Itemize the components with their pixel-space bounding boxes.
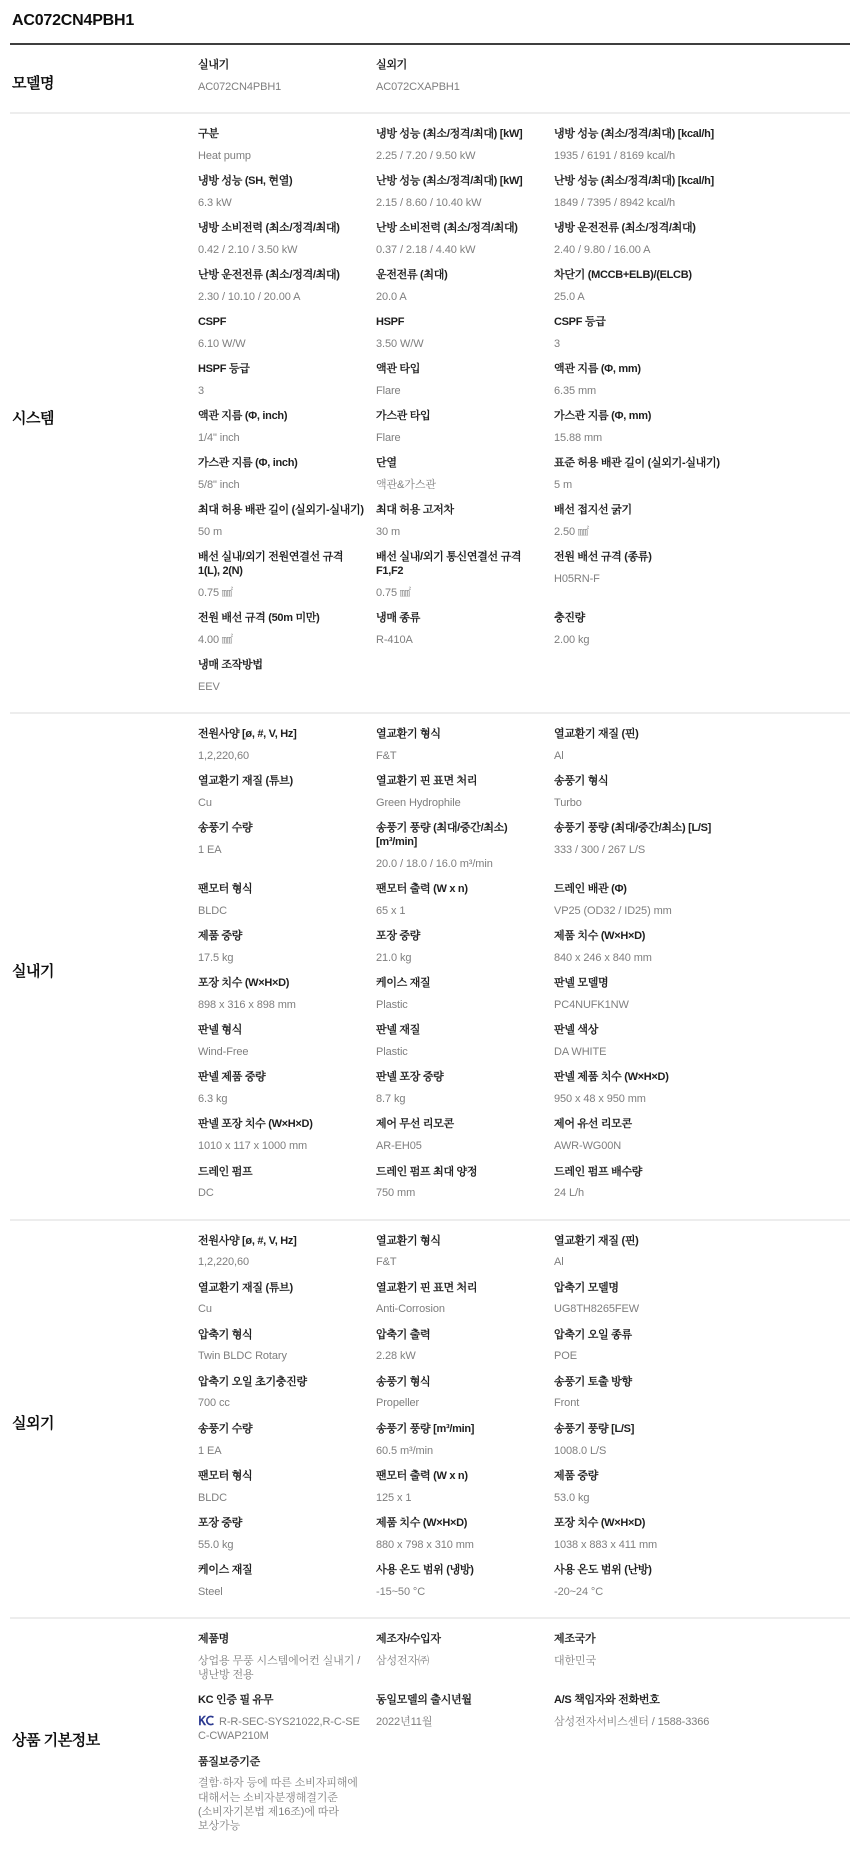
spec-cell: 표준 허용 배관 길이 (실외기-실내기)5 m xyxy=(554,457,732,504)
spec-cell: 케이스 재질Plastic xyxy=(376,977,554,1024)
spec-cell: 열교환기 재질 (핀)Al xyxy=(554,728,732,775)
spec-label: 판넬 형식 xyxy=(198,1024,366,1038)
spec-cell: 단열액관&가스관 xyxy=(376,457,554,504)
spec-label: 열교환기 재질 (튜브) xyxy=(198,1282,366,1296)
spec-cell: 열교환기 형식F&T xyxy=(376,728,554,775)
spec-label: 난방 성능 (최소/정격/최대) [kW] xyxy=(376,175,544,189)
spec-cell: 제어 무선 리모콘AR-EH05 xyxy=(376,1118,554,1165)
spec-label: 판넬 포장 중량 xyxy=(376,1071,544,1085)
spec-label: CSPF 등급 xyxy=(554,316,722,330)
spec-cell: 열교환기 재질 (튜브)Cu xyxy=(198,775,376,822)
spec-label: 전원 배선 규격 (50m 미만) xyxy=(198,612,366,626)
section-grid: 전원사양 [ø, #, V, Hz]1,2,220,60열교환기 형식F&T열교… xyxy=(198,728,850,1212)
spec-value: 20.0 A xyxy=(376,290,544,304)
spec-value: EEV xyxy=(198,680,366,694)
spec-cell: 냉방 성능 (최소/정격/최대) [kW]2.25 / 7.20 / 9.50 … xyxy=(376,128,554,175)
spec-cell: 가스관 타입Flare xyxy=(376,410,554,457)
section-basic-info: 상품 기본정보제품명상업용 무풍 시스템에어컨 실내기 / 냉난방 전용제조자/… xyxy=(10,1619,850,1852)
spec-cell: 송풍기 풍량 (최대/중간/최소) [L/S]333 / 300 / 267 L… xyxy=(554,822,732,883)
spec-cell: 차단기 (MCCB+ELB)/(ELCB)25.0 A xyxy=(554,269,732,316)
spec-label: 운전전류 (최대) xyxy=(376,269,544,283)
spec-cell: 제품명상업용 무풍 시스템에어컨 실내기 / 냉난방 전용 xyxy=(198,1633,376,1694)
spec-cell: 냉매 조작방법EEV xyxy=(198,659,376,706)
spec-label: 제품 중량 xyxy=(554,1470,722,1484)
spec-value: 950 x 48 x 950 mm xyxy=(554,1092,722,1106)
spec-label: 송풍기 풍량 (최대/중간/최소) [L/S] xyxy=(554,822,722,836)
spec-label: 송풍기 풍량 (최대/중간/최소) [m³/min] xyxy=(376,822,544,850)
spec-label: KC 인증 필 유무 xyxy=(198,1694,366,1708)
spec-label: 판넬 재질 xyxy=(376,1024,544,1038)
spec-value: Cu xyxy=(198,1302,366,1316)
spec-cell: 운전전류 (최대)20.0 A xyxy=(376,269,554,316)
spec-value: 1935 / 6191 / 8169 kcal/h xyxy=(554,149,722,163)
spec-cell: 송풍기 형식Propeller xyxy=(376,1376,554,1423)
spec-value: 2.15 / 8.60 / 10.40 kW xyxy=(376,196,544,210)
spec-value: DA WHITE xyxy=(554,1045,722,1059)
spec-value: Plastic xyxy=(376,1045,544,1059)
spec-value: 0.75 ㎟ xyxy=(376,586,544,600)
spec-cell: 송풍기 수량1 EA xyxy=(198,822,376,883)
spec-label: 제어 유선 리모콘 xyxy=(554,1118,722,1132)
spec-label: 포장 치수 (W×H×D) xyxy=(198,977,366,991)
spec-label: 냉방 성능 (최소/정격/최대) [kW] xyxy=(376,128,544,142)
spec-value: AC072CN4PBH1 xyxy=(198,80,366,94)
page-title: AC072CN4PBH1 xyxy=(10,0,850,45)
spec-value: 840 x 246 x 840 mm xyxy=(554,951,722,965)
spec-cell: 압축기 모델명UG8TH8265FEW xyxy=(554,1282,732,1329)
spec-cell: 품질보증기준결함·하자 등에 따른 소비자피해에 대해서는 소비자분쟁해결기준(… xyxy=(198,1756,376,1846)
spec-label: 팬모터 출력 (W x n) xyxy=(376,1470,544,1484)
spec-label: 제품 치수 (W×H×D) xyxy=(554,930,722,944)
spec-label: 압축기 오일 종류 xyxy=(554,1329,722,1343)
spec-cell: 사용 온도 범위 (냉방)-15~50 °C xyxy=(376,1564,554,1611)
spec-cell: 판넬 포장 중량8.7 kg xyxy=(376,1071,554,1118)
spec-cell: 동일모델의 출시년월2022년11월 xyxy=(376,1694,554,1755)
spec-cell: A/S 책임자와 전화번호삼성전자서비스센터 / 1588-3366 xyxy=(554,1694,732,1755)
spec-cell: 액관 지름 (Φ, mm)6.35 mm xyxy=(554,363,732,410)
spec-label: 열교환기 재질 (핀) xyxy=(554,728,722,742)
spec-cell: KC 인증 필 유무R-R-SEC-SYS21022,R-C-SEC-CWAP2… xyxy=(198,1694,376,1755)
spec-cell-empty xyxy=(554,59,732,106)
spec-label: 송풍기 형식 xyxy=(554,775,722,789)
spec-value: 3 xyxy=(198,384,366,398)
spec-label: 표준 허용 배관 길이 (실외기-실내기) xyxy=(554,457,722,471)
spec-label: 압축기 형식 xyxy=(198,1329,366,1343)
spec-value: R-410A xyxy=(376,633,544,647)
spec-cell: 제품 치수 (W×H×D)840 x 246 x 840 mm xyxy=(554,930,732,977)
spec-value: AR-EH05 xyxy=(376,1139,544,1153)
spec-label: 제조자/수입자 xyxy=(376,1633,544,1647)
spec-value: 24 L/h xyxy=(554,1186,722,1200)
spec-value: 125 x 1 xyxy=(376,1491,544,1505)
spec-cell: 송풍기 토출 방향Front xyxy=(554,1376,732,1423)
spec-cell: 실내기AC072CN4PBH1 xyxy=(198,59,376,106)
spec-value: Al xyxy=(554,749,722,763)
spec-value: F&T xyxy=(376,1255,544,1269)
spec-value: VP25 (OD32 / ID25) mm xyxy=(554,904,722,918)
spec-value: 3.50 W/W xyxy=(376,337,544,351)
spec-value: UG8TH8265FEW xyxy=(554,1302,722,1316)
spec-value: 17.5 kg xyxy=(198,951,366,965)
spec-value: Al xyxy=(554,1255,722,1269)
spec-cell: 압축기 오일 초기충진량700 cc xyxy=(198,1376,376,1423)
spec-cell: 배선 실내/외기 전원연결선 규격 1(L), 2(N)0.75 ㎟ xyxy=(198,551,376,612)
spec-value: 0.75 ㎟ xyxy=(198,586,366,600)
spec-label: 냉매 종류 xyxy=(376,612,544,626)
spec-cell: 송풍기 형식Turbo xyxy=(554,775,732,822)
spec-label: 최대 허용 배관 길이 (실외기-실내기) xyxy=(198,504,366,518)
spec-label: 드레인 펌프 배수량 xyxy=(554,1166,722,1180)
spec-value: AWR-WG00N xyxy=(554,1139,722,1153)
spec-cell: 압축기 출력2.28 kW xyxy=(376,1329,554,1376)
spec-label: 냉방 운전전류 (최소/정격/최대) xyxy=(554,222,722,236)
spec-cell-empty xyxy=(376,659,554,706)
spec-cell-empty xyxy=(376,1756,554,1846)
spec-label: 전원사양 [ø, #, V, Hz] xyxy=(198,728,366,742)
spec-label: 케이스 재질 xyxy=(376,977,544,991)
spec-cell: 제품 치수 (W×H×D)880 x 798 x 310 mm xyxy=(376,1517,554,1564)
spec-cell: 난방 성능 (최소/정격/최대) [kW]2.15 / 8.60 / 10.40… xyxy=(376,175,554,222)
spec-cell: 전원 배선 규격 (종류)H05RN-F xyxy=(554,551,732,612)
spec-cell: 배선 접지선 굵기2.50 ㎟ xyxy=(554,504,732,551)
spec-value: 4.00 ㎟ xyxy=(198,633,366,647)
spec-value: 15.88 mm xyxy=(554,431,722,445)
spec-label: 송풍기 토출 방향 xyxy=(554,1376,722,1390)
spec-cell: 제조국가대한민국 xyxy=(554,1633,732,1694)
spec-label: 배선 접지선 굵기 xyxy=(554,504,722,518)
section-label-model: 모델명 xyxy=(10,72,198,93)
spec-label: 단열 xyxy=(376,457,544,471)
spec-value: BLDC xyxy=(198,904,366,918)
spec-label: 구분 xyxy=(198,128,366,142)
spec-value: 액관&가스관 xyxy=(376,478,544,492)
spec-label: 포장 중량 xyxy=(198,1517,366,1531)
spec-cell: 포장 중량21.0 kg xyxy=(376,930,554,977)
spec-cell: 실외기AC072CXAPBH1 xyxy=(376,59,554,106)
spec-value: Flare xyxy=(376,384,544,398)
spec-cell: 난방 소비전력 (최소/정격/최대)0.37 / 2.18 / 4.40 kW xyxy=(376,222,554,269)
spec-label: 가스관 지름 (Φ, inch) xyxy=(198,457,366,471)
spec-label: 드레인 펌프 최대 양정 xyxy=(376,1166,544,1180)
spec-label: 차단기 (MCCB+ELB)/(ELCB) xyxy=(554,269,722,283)
spec-value: Anti-Corrosion xyxy=(376,1302,544,1316)
spec-label: CSPF xyxy=(198,316,366,330)
spec-value: 1,2,220,60 xyxy=(198,749,366,763)
spec-cell: 제품 중량53.0 kg xyxy=(554,1470,732,1517)
spec-label: 열교환기 재질 (핀) xyxy=(554,1235,722,1249)
spec-label: 압축기 오일 초기충진량 xyxy=(198,1376,366,1390)
spec-value: 1849 / 7395 / 8942 kcal/h xyxy=(554,196,722,210)
spec-label: 액관 지름 (Φ, mm) xyxy=(554,363,722,377)
spec-label: 가스관 지름 (Φ, mm) xyxy=(554,410,722,424)
spec-label: 압축기 출력 xyxy=(376,1329,544,1343)
spec-label: 송풍기 풍량 [L/S] xyxy=(554,1423,722,1437)
spec-label: 사용 온도 범위 (난방) xyxy=(554,1564,722,1578)
spec-cell: 열교환기 핀 표면 처리Green Hydrophile xyxy=(376,775,554,822)
spec-label: 포장 중량 xyxy=(376,930,544,944)
spec-value: 삼성전자㈜ xyxy=(376,1654,544,1668)
section-label-system: 시스템 xyxy=(10,407,198,428)
spec-value: 898 x 316 x 898 mm xyxy=(198,998,366,1012)
spec-label: 팬모터 형식 xyxy=(198,1470,366,1484)
spec-value: Wind-Free xyxy=(198,1045,366,1059)
section-label-indoor: 실내기 xyxy=(10,960,198,981)
spec-label: 송풍기 형식 xyxy=(376,1376,544,1390)
spec-label: 배선 실내/외기 통신연결선 규격 F1,F2 xyxy=(376,551,544,579)
spec-cell: 팬모터 형식BLDC xyxy=(198,1470,376,1517)
spec-cell: 전원 배선 규격 (50m 미만)4.00 ㎟ xyxy=(198,612,376,659)
spec-value: 1,2,220,60 xyxy=(198,1255,366,1269)
spec-label: A/S 책임자와 전화번호 xyxy=(554,1694,722,1708)
spec-value: 65 x 1 xyxy=(376,904,544,918)
spec-label: HSPF xyxy=(376,316,544,330)
spec-value: Propeller xyxy=(376,1396,544,1410)
spec-label: 판넬 포장 치수 (W×H×D) xyxy=(198,1118,366,1132)
spec-value: DC xyxy=(198,1186,366,1200)
spec-cell: 냉방 소비전력 (최소/정격/최대)0.42 / 2.10 / 3.50 kW xyxy=(198,222,376,269)
spec-cell: 송풍기 풍량 (최대/중간/최소) [m³/min]20.0 / 18.0 / … xyxy=(376,822,554,883)
spec-label: 제품 중량 xyxy=(198,930,366,944)
spec-cell: 송풍기 풍량 [L/S]1008.0 L/S xyxy=(554,1423,732,1470)
spec-value: 700 cc xyxy=(198,1396,366,1410)
spec-label: 제조국가 xyxy=(554,1633,722,1647)
spec-cell: 판넬 색상DA WHITE xyxy=(554,1024,732,1071)
spec-value: 결함·하자 등에 따른 소비자피해에 대해서는 소비자분쟁해결기준(소비자기본법… xyxy=(198,1776,366,1833)
section-indoor: 실내기전원사양 [ø, #, V, Hz]1,2,220,60열교환기 형식F&… xyxy=(10,714,850,1220)
spec-label: 사용 온도 범위 (냉방) xyxy=(376,1564,544,1578)
spec-value: 1010 x 117 x 1000 mm xyxy=(198,1139,366,1153)
spec-cell: 판넬 포장 치수 (W×H×D)1010 x 117 x 1000 mm xyxy=(198,1118,376,1165)
spec-cell: 판넬 제품 중량6.3 kg xyxy=(198,1071,376,1118)
section-grid: 전원사양 [ø, #, V, Hz]1,2,220,60열교환기 형식F&T열교… xyxy=(198,1235,850,1611)
spec-value: Green Hydrophile xyxy=(376,796,544,810)
spec-label: 난방 운전전류 (최소/정격/최대) xyxy=(198,269,366,283)
spec-label: 가스관 타입 xyxy=(376,410,544,424)
spec-value: Front xyxy=(554,1396,722,1410)
spec-value: 60.5 m³/min xyxy=(376,1444,544,1458)
spec-value: 대한민국 xyxy=(554,1654,722,1668)
spec-value: 0.42 / 2.10 / 3.50 kW xyxy=(198,243,366,257)
spec-value: 1/4" inch xyxy=(198,431,366,445)
spec-value: Steel xyxy=(198,1585,366,1599)
spec-value: 8.7 kg xyxy=(376,1092,544,1106)
spec-label: 열교환기 핀 표면 처리 xyxy=(376,1282,544,1296)
spec-label: 냉방 성능 (SH, 현열) xyxy=(198,175,366,189)
spec-value: Turbo xyxy=(554,796,722,810)
spec-cell: 액관 타입Flare xyxy=(376,363,554,410)
spec-label: 팬모터 형식 xyxy=(198,883,366,897)
spec-value: F&T xyxy=(376,749,544,763)
spec-value: BLDC xyxy=(198,1491,366,1505)
spec-value: -20~24 °C xyxy=(554,1585,722,1599)
section-system: 시스템구분Heat pump냉방 성능 (최소/정격/최대) [kW]2.25 … xyxy=(10,114,850,714)
spec-cell: 포장 치수 (W×H×D)1038 x 883 x 411 mm xyxy=(554,1517,732,1564)
spec-value: Twin BLDC Rotary xyxy=(198,1349,366,1363)
spec-label: 판넬 제품 중량 xyxy=(198,1071,366,1085)
spec-label: 드레인 펌프 xyxy=(198,1166,366,1180)
spec-cell: 판넬 재질Plastic xyxy=(376,1024,554,1071)
spec-cell: 드레인 배관 (Φ)VP25 (OD32 / ID25) mm xyxy=(554,883,732,930)
spec-value: 2022년11월 xyxy=(376,1715,544,1729)
spec-label: 열교환기 핀 표면 처리 xyxy=(376,775,544,789)
spec-value: PC4NUFK1NW xyxy=(554,998,722,1012)
spec-value: 1038 x 883 x 411 mm xyxy=(554,1538,722,1552)
kc-certification-icon xyxy=(198,1715,214,1726)
section-grid: 실내기AC072CN4PBH1실외기AC072CXAPBH1 xyxy=(198,59,850,106)
spec-cell: 제품 중량17.5 kg xyxy=(198,930,376,977)
spec-value: 55.0 kg xyxy=(198,1538,366,1552)
spec-cell: 전원사양 [ø, #, V, Hz]1,2,220,60 xyxy=(198,1235,376,1282)
spec-label: 충진량 xyxy=(554,612,722,626)
spec-label: 제품명 xyxy=(198,1633,366,1647)
spec-value: 3 xyxy=(554,337,722,351)
spec-label: 배선 실내/외기 전원연결선 규격 1(L), 2(N) xyxy=(198,551,366,579)
spec-cell: 열교환기 재질 (핀)Al xyxy=(554,1235,732,1282)
spec-cell: 사용 온도 범위 (난방)-20~24 °C xyxy=(554,1564,732,1611)
spec-label: 송풍기 수량 xyxy=(198,1423,366,1437)
section-grid: 제품명상업용 무풍 시스템에어컨 실내기 / 냉난방 전용제조자/수입자삼성전자… xyxy=(198,1633,850,1846)
spec-cell: 액관 지름 (Φ, inch)1/4" inch xyxy=(198,410,376,457)
spec-table: 모델명실내기AC072CN4PBH1실외기AC072CXAPBH1시스템구분He… xyxy=(10,45,850,1852)
spec-label: 액관 타입 xyxy=(376,363,544,377)
spec-value: 0.37 / 2.18 / 4.40 kW xyxy=(376,243,544,257)
spec-cell: 최대 허용 고저차30 m xyxy=(376,504,554,551)
spec-cell: HSPF3.50 W/W xyxy=(376,316,554,363)
spec-value: 2.30 / 10.10 / 20.00 A xyxy=(198,290,366,304)
section-label-basic-info: 상품 기본정보 xyxy=(10,1729,198,1750)
spec-cell: 열교환기 핀 표면 처리Anti-Corrosion xyxy=(376,1282,554,1329)
spec-label: 열교환기 형식 xyxy=(376,1235,544,1249)
spec-cell: 팬모터 출력 (W x n)65 x 1 xyxy=(376,883,554,930)
spec-label: 포장 치수 (W×H×D) xyxy=(554,1517,722,1531)
spec-value: 5 m xyxy=(554,478,722,492)
spec-value: Heat pump xyxy=(198,149,366,163)
spec-cell: 냉방 운전전류 (최소/정격/최대)2.40 / 9.80 / 16.00 A xyxy=(554,222,732,269)
spec-cell: 전원사양 [ø, #, V, Hz]1,2,220,60 xyxy=(198,728,376,775)
spec-label: 동일모델의 출시년월 xyxy=(376,1694,544,1708)
spec-label: 열교환기 형식 xyxy=(376,728,544,742)
spec-cell: 배선 실내/외기 통신연결선 규격 F1,F20.75 ㎟ xyxy=(376,551,554,612)
spec-label: 실외기 xyxy=(376,59,544,73)
spec-value: 상업용 무풍 시스템에어컨 실내기 / 냉난방 전용 xyxy=(198,1654,366,1683)
spec-cell: 드레인 펌프 배수량24 L/h xyxy=(554,1166,732,1213)
spec-label: 난방 소비전력 (최소/정격/최대) xyxy=(376,222,544,236)
product-spec-page: AC072CN4PBH1 모델명실내기AC072CN4PBH1실외기AC072C… xyxy=(0,0,860,1852)
spec-cell: 난방 운전전류 (최소/정격/최대)2.30 / 10.10 / 20.00 A xyxy=(198,269,376,316)
spec-value: 53.0 kg xyxy=(554,1491,722,1505)
spec-value: R-R-SEC-SYS21022,R-C-SEC-CWAP210M xyxy=(198,1715,366,1744)
spec-label: 열교환기 재질 (튜브) xyxy=(198,775,366,789)
spec-label: 제품 치수 (W×H×D) xyxy=(376,1517,544,1531)
spec-cell: CSPF 등급3 xyxy=(554,316,732,363)
spec-label: 최대 허용 고저차 xyxy=(376,504,544,518)
spec-label: 판넬 제품 치수 (W×H×D) xyxy=(554,1071,722,1085)
spec-cell-empty xyxy=(554,1756,732,1846)
spec-cell: HSPF 등급3 xyxy=(198,363,376,410)
spec-value: H05RN-F xyxy=(554,572,722,586)
spec-cell: 팬모터 형식BLDC xyxy=(198,883,376,930)
spec-value: 333 / 300 / 267 L/S xyxy=(554,843,722,857)
spec-cell: 포장 치수 (W×H×D)898 x 316 x 898 mm xyxy=(198,977,376,1024)
spec-value: 6.35 mm xyxy=(554,384,722,398)
spec-value: 1008.0 L/S xyxy=(554,1444,722,1458)
spec-value: 750 mm xyxy=(376,1186,544,1200)
spec-label: 냉방 소비전력 (최소/정격/최대) xyxy=(198,222,366,236)
spec-cell: 열교환기 재질 (튜브)Cu xyxy=(198,1282,376,1329)
spec-label: 압축기 모델명 xyxy=(554,1282,722,1296)
spec-value: Cu xyxy=(198,796,366,810)
spec-label: 송풍기 풍량 [m³/min] xyxy=(376,1423,544,1437)
spec-value: AC072CXAPBH1 xyxy=(376,80,544,94)
spec-value: 25.0 A xyxy=(554,290,722,304)
spec-label: 난방 성능 (최소/정격/최대) [kcal/h] xyxy=(554,175,722,189)
spec-label: 송풍기 수량 xyxy=(198,822,366,836)
spec-value: 2.28 kW xyxy=(376,1349,544,1363)
spec-cell: 가스관 지름 (Φ, mm)15.88 mm xyxy=(554,410,732,457)
spec-value: 2.50 ㎟ xyxy=(554,525,722,539)
section-outdoor: 실외기전원사양 [ø, #, V, Hz]1,2,220,60열교환기 형식F&… xyxy=(10,1221,850,1619)
spec-cell: 냉방 성능 (SH, 현열)6.3 kW xyxy=(198,175,376,222)
spec-value: 2.00 kg xyxy=(554,633,722,647)
spec-label: 판넬 색상 xyxy=(554,1024,722,1038)
spec-cell-empty xyxy=(554,659,732,706)
spec-value: 30 m xyxy=(376,525,544,539)
spec-label: 드레인 배관 (Φ) xyxy=(554,883,722,897)
spec-value: 5/8" inch xyxy=(198,478,366,492)
spec-label: 판넬 모델명 xyxy=(554,977,722,991)
spec-cell: 팬모터 출력 (W x n)125 x 1 xyxy=(376,1470,554,1517)
spec-cell: 판넬 형식Wind-Free xyxy=(198,1024,376,1071)
spec-label: 실내기 xyxy=(198,59,366,73)
spec-label: 냉매 조작방법 xyxy=(198,659,366,673)
spec-label: 품질보증기준 xyxy=(198,1756,366,1770)
spec-cell: 충진량2.00 kg xyxy=(554,612,732,659)
spec-value: 50 m xyxy=(198,525,366,539)
spec-value: 삼성전자서비스센터 / 1588-3366 xyxy=(554,1715,722,1729)
spec-cell: 압축기 오일 종류POE xyxy=(554,1329,732,1376)
spec-value: -15~50 °C xyxy=(376,1585,544,1599)
spec-value: 2.40 / 9.80 / 16.00 A xyxy=(554,243,722,257)
spec-label: 케이스 재질 xyxy=(198,1564,366,1578)
spec-label: 액관 지름 (Φ, inch) xyxy=(198,410,366,424)
spec-value: 6.3 kg xyxy=(198,1092,366,1106)
spec-cell: 드레인 펌프DC xyxy=(198,1166,376,1213)
spec-cell: 냉방 성능 (최소/정격/최대) [kcal/h]1935 / 6191 / 8… xyxy=(554,128,732,175)
spec-value: 2.25 / 7.20 / 9.50 kW xyxy=(376,149,544,163)
section-grid: 구분Heat pump냉방 성능 (최소/정격/최대) [kW]2.25 / 7… xyxy=(198,128,850,706)
spec-cell: 포장 중량55.0 kg xyxy=(198,1517,376,1564)
spec-cell: 난방 성능 (최소/정격/최대) [kcal/h]1849 / 7395 / 8… xyxy=(554,175,732,222)
spec-label: 전원 배선 규격 (종류) xyxy=(554,551,722,565)
spec-cell: 케이스 재질Steel xyxy=(198,1564,376,1611)
spec-cell: 송풍기 풍량 [m³/min]60.5 m³/min xyxy=(376,1423,554,1470)
spec-cell: 최대 허용 배관 길이 (실외기-실내기)50 m xyxy=(198,504,376,551)
spec-cell: 구분Heat pump xyxy=(198,128,376,175)
section-label-outdoor: 실외기 xyxy=(10,1412,198,1433)
spec-label: 전원사양 [ø, #, V, Hz] xyxy=(198,1235,366,1249)
spec-cell: 가스관 지름 (Φ, inch)5/8" inch xyxy=(198,457,376,504)
spec-label: HSPF 등급 xyxy=(198,363,366,377)
spec-cell: 판넬 제품 치수 (W×H×D)950 x 48 x 950 mm xyxy=(554,1071,732,1118)
spec-cell: 냉매 종류R-410A xyxy=(376,612,554,659)
spec-cell: 제조자/수입자삼성전자㈜ xyxy=(376,1633,554,1694)
spec-value: Flare xyxy=(376,431,544,445)
spec-value: Plastic xyxy=(376,998,544,1012)
spec-cell: 열교환기 형식F&T xyxy=(376,1235,554,1282)
section-model: 모델명실내기AC072CN4PBH1실외기AC072CXAPBH1 xyxy=(10,45,850,114)
spec-value: 6.10 W/W xyxy=(198,337,366,351)
spec-label: 냉방 성능 (최소/정격/최대) [kcal/h] xyxy=(554,128,722,142)
